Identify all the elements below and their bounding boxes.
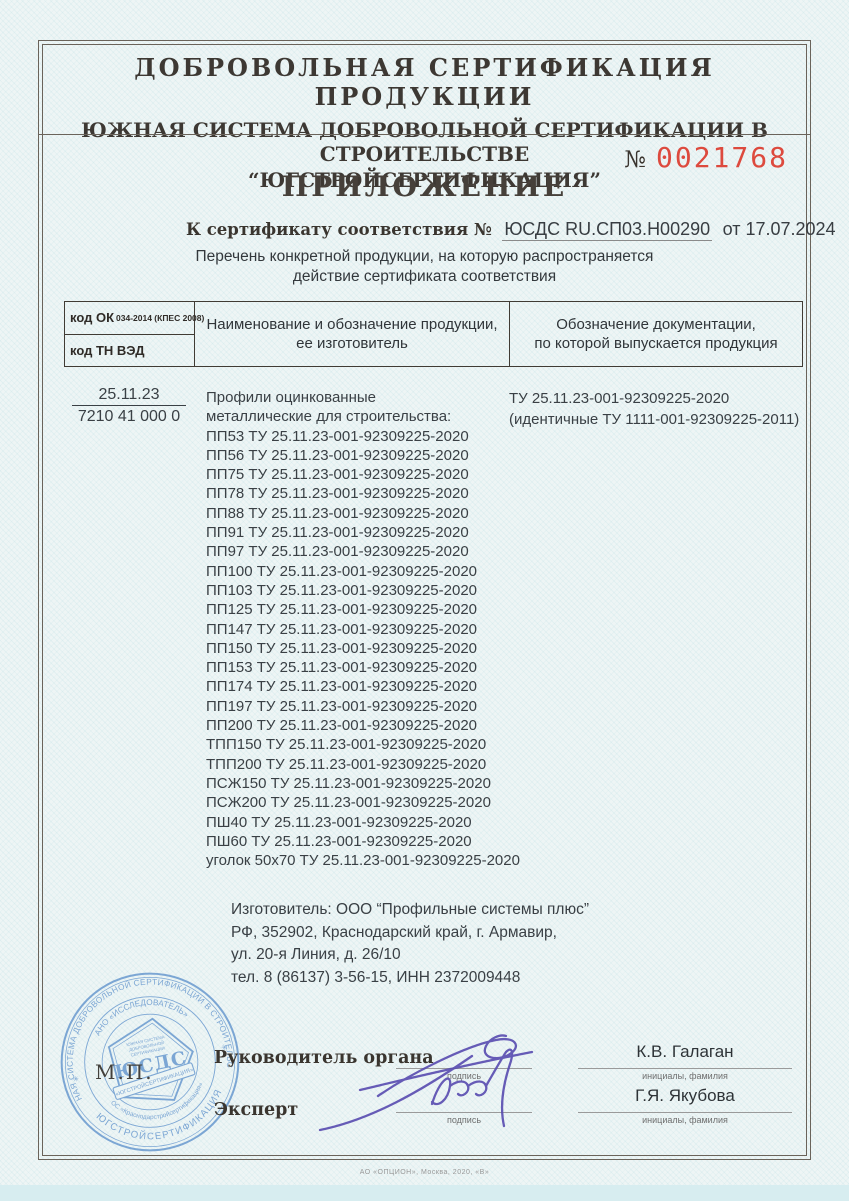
code-tnved-label: код ТН ВЭД	[70, 343, 144, 358]
header-divider	[39, 134, 810, 135]
product-name-lines: Профили оцинкованныеметаллические для ст…	[206, 388, 520, 427]
code-tnved-header: код ТН ВЭД	[65, 335, 194, 367]
list-line: ул. 20-я Линия, д. 26/10	[231, 944, 589, 967]
manufacturer-block: Изготовитель: ООО “Профильные системы пл…	[231, 899, 589, 989]
certificate-reference-label: К сертификату соответствия №	[186, 220, 492, 239]
list-line: уголок 50х70 ТУ 25.11.23-001-92309225-20…	[206, 851, 520, 870]
signature-expert-loop2-stroke	[450, 1082, 468, 1096]
list-line: ПП97 ТУ 25.11.23-001-92309225-2020	[206, 542, 520, 561]
table-header-codes-cell: код ОК 034-2014 (КПЕС 2008) код ТН ВЭД	[65, 302, 195, 366]
list-line: ПСЖ200 ТУ 25.11.23-001-92309225-2020	[206, 793, 520, 812]
signature-expert-loop1-stroke	[432, 1079, 450, 1104]
page-title: ПРИЛОЖЕНИЕ	[39, 170, 810, 203]
mp-seal-label: М.П.	[95, 1060, 154, 1084]
list-line: (идентичные ТУ 1111-001-92309225-2011)	[509, 409, 799, 430]
codes-cell: 25.11.23 7210 41 000 0	[64, 386, 194, 426]
certificate-date: от 17.07.2024	[723, 219, 836, 239]
list-line: ПП147 ТУ 25.11.23-001-92309225-2020	[206, 620, 520, 639]
list-line: ПП153 ТУ 25.11.23-001-92309225-2020	[206, 658, 520, 677]
code-ok-standard: 034-2014 (КПЕС 2008)	[116, 313, 204, 323]
signature-head-stroke	[378, 1035, 516, 1096]
list-line: ПП200 ТУ 25.11.23-001-92309225-2020	[206, 716, 520, 735]
list-line: ПП88 ТУ 25.11.23-001-92309225-2020	[206, 504, 520, 523]
list-line: ПП197 ТУ 25.11.23-001-92309225-2020	[206, 697, 520, 716]
list-line: ПСЖ150 ТУ 25.11.23-001-92309225-2020	[206, 774, 520, 793]
product-items: ПП53 ТУ 25.11.23-001-92309225-2020ПП56 Т…	[206, 427, 520, 871]
code-tnved-value: 7210 41 000 0	[64, 408, 194, 426]
certificate-reference: К сертификату соответствия № ЮСДС RU.СП0…	[186, 219, 836, 240]
documentation-header-line2: по которой выпускается продукция	[510, 334, 802, 353]
list-line: тел. 8 (86137) 3-56-15, ИНН 2372009448	[231, 967, 589, 990]
product-list: Профили оцинкованныеметаллические для ст…	[206, 388, 520, 870]
list-line: РФ, 352902, Краснодарский край, г. Армав…	[231, 922, 589, 945]
documentation-cell: ТУ 25.11.23-001-92309225-2020(идентичные…	[509, 388, 799, 430]
list-line: ТПП150 ТУ 25.11.23-001-92309225-2020	[206, 735, 520, 754]
table-header-documentation-cell: Обозначение документации, по которой вып…	[510, 302, 802, 366]
list-line: ПШ40 ТУ 25.11.23-001-92309225-2020	[206, 813, 520, 832]
system-header-line1: ДОБРОВОЛЬНАЯ СЕРТИФИКАЦИЯ ПРОДУКЦИИ	[39, 53, 810, 111]
list-line: Профили оцинкованные	[206, 388, 520, 407]
list-line: ПП53 ТУ 25.11.23-001-92309225-2020	[206, 427, 520, 446]
role-expert: Эксперт	[214, 1100, 298, 1120]
list-line: ПП150 ТУ 25.11.23-001-92309225-2020	[206, 639, 520, 658]
list-line: ПП103 ТУ 25.11.23-001-92309225-2020	[206, 581, 520, 600]
name-line-expert	[578, 1092, 792, 1113]
subtitle-line1: Перечень конкретной продукции, на котору…	[39, 247, 810, 267]
handwritten-signatures	[300, 1012, 560, 1147]
list-line: ПП100 ТУ 25.11.23-001-92309225-2020	[206, 562, 520, 581]
subtitle: Перечень конкретной продукции, на котору…	[39, 247, 810, 287]
certificate-page: ДОБРОВОЛЬНАЯ СЕРТИФИКАЦИЯ ПРОДУКЦИИ ЮЖНА…	[0, 0, 849, 1201]
code-ok-header: код ОК 034-2014 (КПЕС 2008)	[65, 302, 194, 335]
list-line: ПП91 ТУ 25.11.23-001-92309225-2020	[206, 523, 520, 542]
codes-divider-line	[72, 405, 186, 406]
list-line: ПП75 ТУ 25.11.23-001-92309225-2020	[206, 465, 520, 484]
product-header-line1: Наименование и обозначение продукции,	[195, 315, 509, 334]
code-ok-value: 25.11.23	[64, 386, 194, 404]
code-ok-label: код ОК	[70, 310, 114, 325]
list-line: металлические для строительства:	[206, 407, 520, 426]
list-line: ТПП200 ТУ 25.11.23-001-92309225-2020	[206, 755, 520, 774]
subtitle-line2: действие сертификата соответствия	[39, 267, 810, 287]
documentation-header-line1: Обозначение документации,	[510, 315, 802, 334]
product-header-line2: ее изготовитель	[195, 334, 509, 353]
table-header: код ОК 034-2014 (КПЕС 2008) код ТН ВЭД Н…	[64, 301, 803, 367]
table-header-product-cell: Наименование и обозначение продукции, ее…	[195, 302, 510, 366]
list-line: ТУ 25.11.23-001-92309225-2020	[509, 388, 799, 409]
name-caption-head: инициалы, фамилия	[578, 1071, 792, 1081]
list-line: ПП125 ТУ 25.11.23-001-92309225-2020	[206, 600, 520, 619]
stamp-star-left-icon: ✳	[72, 1074, 80, 1084]
signature-expert-loop3-stroke	[468, 1082, 486, 1096]
printer-imprint: АО «ОПЦИОН», Москва, 2020, «В»	[0, 1169, 849, 1176]
list-line: ПП56 ТУ 25.11.23-001-92309225-2020	[206, 446, 520, 465]
scan-edge-strip	[0, 1185, 849, 1201]
list-line: ПП78 ТУ 25.11.23-001-92309225-2020	[206, 484, 520, 503]
list-line: ПП174 ТУ 25.11.23-001-92309225-2020	[206, 677, 520, 696]
certificate-number: ЮСДС RU.СП03.Н00290	[502, 219, 712, 241]
list-line: Изготовитель: ООО “Профильные системы пл…	[231, 899, 589, 922]
name-line-head	[578, 1048, 792, 1069]
name-caption-expert: инициалы, фамилия	[578, 1115, 792, 1125]
list-line: ПШ60 ТУ 25.11.23-001-92309225-2020	[206, 832, 520, 851]
